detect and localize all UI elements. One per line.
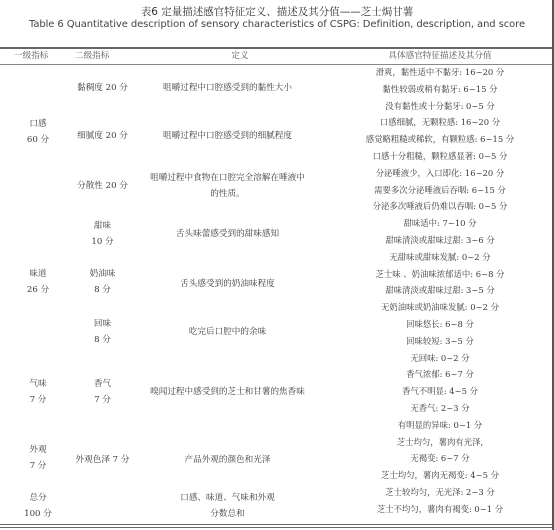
description-item: 黏性较弱或稍有黏牙: 6~15 分 xyxy=(340,81,540,98)
description-item: 回味较短: 3~5 分 xyxy=(340,333,540,350)
definition-fineness: 咀嚼过程中口腔感受到的细腻程度 xyxy=(135,128,320,144)
primary-name: 口感 xyxy=(8,116,68,132)
description-item: 芝士不均匀，薯肉有褐变: 0~1 分 xyxy=(340,501,540,518)
description-item: 芝士较均匀，无光泽: 2~3 分 xyxy=(340,484,540,501)
description-column: 滑爽，黏性适中不黏牙: 16~20 分 黏性较弱或稍有黏牙: 6~15 分 没有… xyxy=(340,64,540,518)
definition-line: 的性质。 xyxy=(135,186,320,202)
description-item: 无回味: 0~2 分 xyxy=(340,350,540,367)
secondary-aroma: 香气 7 分 xyxy=(70,376,135,408)
description-item: 香气浓郁: 6~7 分 xyxy=(340,366,540,383)
header-secondary-indicator: 二级指标 xyxy=(75,48,125,64)
secondary-appearance-color: 外观色泽 7 分 xyxy=(70,452,135,468)
primary-name: 气味 xyxy=(8,376,68,392)
description-item: 回味悠长: 6~8 分 xyxy=(340,316,540,333)
primary-score: 26 分 xyxy=(8,282,68,298)
description-item: 香气不明显: 4~5 分 xyxy=(340,383,540,400)
description-item: 需要多次分泌唾液后吞咽: 6~15 分 xyxy=(340,182,540,199)
description-item: 口感十分粗糙，颗粒感显著: 0~5 分 xyxy=(340,148,540,165)
header-description-score: 具体感官特征描述及其分值 xyxy=(340,48,540,64)
secondary-score: 8 分 xyxy=(70,282,135,298)
secondary-fineness: 细腻度 20 分 xyxy=(70,128,135,144)
description-item: 甜味清淡或甜味过甜: 3~6 分 xyxy=(340,232,540,249)
description-item: 甜味清淡或甜味过甜: 3~5 分 xyxy=(340,282,540,299)
description-item: 无香气: 2~3 分 xyxy=(340,400,540,417)
description-item: 甜味适中: 7~10 分 xyxy=(340,215,540,232)
description-item: 无褐变: 6~7 分 xyxy=(340,450,540,467)
description-item: 无甜味或甜味发腻: 0~2 分 xyxy=(340,249,540,266)
description-item: 分泌唾液少，入口即化: 16~20 分 xyxy=(340,165,540,182)
description-item: 芝士均匀，薯肉有光泽, xyxy=(340,434,540,451)
primary-score: 7 分 xyxy=(8,392,68,408)
header-primary-indicator: 一级指标 xyxy=(14,48,54,64)
primary-score: 60 分 xyxy=(8,132,68,148)
definition-aftertaste: 吃完后口腔中的余味 xyxy=(135,324,320,340)
secondary-score: 10 分 xyxy=(70,234,135,250)
primary-appearance: 外观 7 分 xyxy=(8,442,68,474)
primary-taste: 味道 26 分 xyxy=(8,266,68,298)
definition-viscosity: 咀嚼过程中口腔感受到的黏性大小 xyxy=(135,80,320,96)
definition-total: 口感、味道、气味和外观 分数总和 xyxy=(135,490,320,522)
description-item: 无奶油味或奶油味发腻: 0~2 分 xyxy=(340,299,540,316)
table-bottom-rule-double xyxy=(0,527,552,528)
secondary-score: 8 分 xyxy=(70,332,135,348)
primary-total: 总分 100 分 xyxy=(8,490,68,522)
table-title-chinese: 表6 定量描述感官特征定义、描述及其分值——芝士焗甘薯 xyxy=(0,4,554,19)
definition-dispersibility: 咀嚼过程中食物在口腔完全溶解在唾液中 的性质。 xyxy=(135,170,320,202)
primary-name: 外观 xyxy=(8,442,68,458)
description-item: 口感细腻，无颗粒感: 16~20 分 xyxy=(340,114,540,131)
secondary-creaminess: 奶油味 8 分 xyxy=(70,266,135,298)
header-definition: 定义 xyxy=(220,48,260,64)
definition-line: 咀嚼过程中食物在口腔完全溶解在唾液中 xyxy=(135,170,320,186)
table-title-english: Table 6 Quantitative description of sens… xyxy=(0,19,554,30)
table-bottom-rule xyxy=(0,524,552,525)
definition-line: 分数总和 xyxy=(135,506,320,522)
description-item: 芝士均匀，薯肉无褐变: 4~5 分 xyxy=(340,467,540,484)
description-item: 感觉略粗糙或稀软，有颗粒感: 6~15 分 xyxy=(340,131,540,148)
secondary-viscosity: 黏稠度 20 分 xyxy=(70,80,135,96)
definition-aroma: 嗅闻过程中感受到的芝士和甘薯的焦香味 xyxy=(135,384,320,400)
secondary-dispersibility: 分散性 20 分 xyxy=(70,178,135,194)
secondary-aftertaste: 回味 8 分 xyxy=(70,316,135,348)
description-item: 没有黏性或十分黏牙: 0~5 分 xyxy=(340,98,540,115)
secondary-name: 香气 xyxy=(70,376,135,392)
secondary-name: 甜味 xyxy=(70,218,135,234)
definition-appearance: 产品外观的颜色和光泽 xyxy=(135,452,320,468)
secondary-score: 7 分 xyxy=(70,392,135,408)
secondary-name: 奶油味 xyxy=(70,266,135,282)
definition-sweetness: 舌头味蕾感受到的甜味感知 xyxy=(135,226,320,242)
primary-mouthfeel: 口感 60 分 xyxy=(8,116,68,148)
secondary-name: 回味 xyxy=(70,316,135,332)
description-item: 有明显的异味: 0~1 分 xyxy=(340,417,540,434)
primary-name: 总分 xyxy=(8,490,68,506)
definition-creaminess: 舌头感受到的奶油味程度 xyxy=(135,276,320,292)
primary-score: 7 分 xyxy=(8,458,68,474)
primary-odor: 气味 7 分 xyxy=(8,376,68,408)
secondary-sweetness: 甜味 10 分 xyxy=(70,218,135,250)
primary-score: 100 分 xyxy=(8,506,68,522)
description-item: 滑爽，黏性适中不黏牙: 16~20 分 xyxy=(340,64,540,81)
definition-line: 口感、味道、气味和外观 xyxy=(135,490,320,506)
description-item: 分泌多次唾液后仍难以吞咽: 0~5 分 xyxy=(340,198,540,215)
primary-name: 味道 xyxy=(8,266,68,282)
description-item: 芝士味 、奶油味浓郁适中: 6~8 分 xyxy=(340,266,540,283)
